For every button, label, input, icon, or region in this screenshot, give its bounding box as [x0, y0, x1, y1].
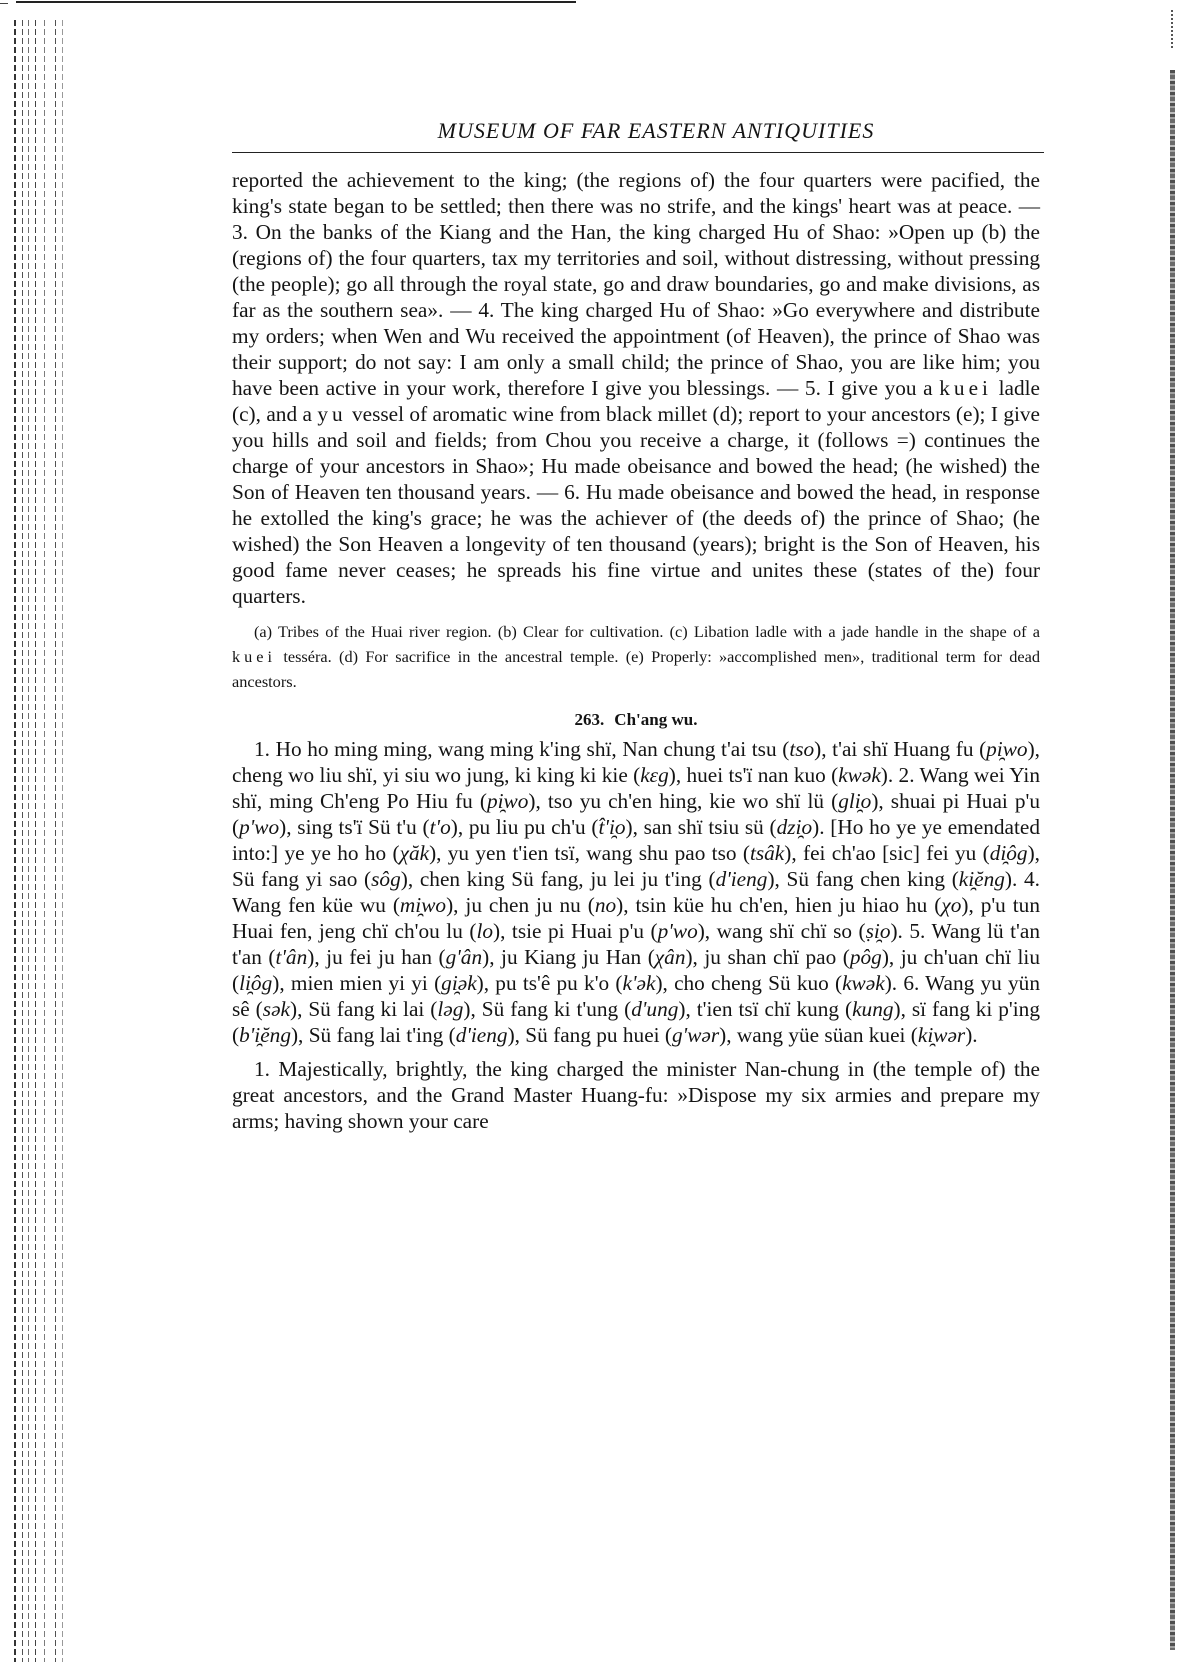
transliteration-text: ), t'ai shï Huang fu (	[814, 737, 986, 761]
scan-top-edge-mark	[0, 3, 8, 4]
translation-continued: reported the achievement to the king; (t…	[232, 167, 1040, 609]
archaic-reading: g'wər	[672, 1023, 719, 1047]
archaic-reading: b'i̯ĕng	[239, 1023, 291, 1047]
transliteration-text: ), chen king Sü fang, ju lei ju t'ing (	[401, 867, 716, 891]
archaic-reading: sək	[263, 997, 290, 1021]
term-kuei: kuei	[232, 647, 276, 666]
archaic-reading: p'wo	[239, 815, 279, 839]
archaic-reading: ṣi̯o	[866, 919, 891, 943]
translation-paragraph: 1. Majestically, brightly, the king char…	[232, 1056, 1040, 1134]
transliteration-text: ), mien mien yi yi (	[272, 971, 441, 995]
archaic-reading: t'ân	[275, 945, 307, 969]
transliteration-text: ), tsie pi Huai p'u (	[493, 919, 658, 943]
footnote-paragraph: (a) Tribes of the Huai river region. (b)…	[232, 619, 1040, 694]
transliteration-text: ), Sü fang pu huei (	[508, 1023, 672, 1047]
book-page: MUSEUM OF FAR EASTERN ANTIQUITIES report…	[232, 114, 1040, 1134]
transliteration-text: 1. Ho ho ming ming, wang ming k'ing shï,…	[254, 737, 789, 761]
transliteration-text: ), Sü fang lai t'ing (	[291, 1023, 456, 1047]
archaic-reading: t̂'i̯o	[599, 815, 626, 839]
section-title: Ch'ang wu.	[614, 710, 697, 729]
transliteration-text: ), ju Kiang ju Han (	[482, 945, 655, 969]
transliteration-text: ), Sü fang chen king (	[767, 867, 958, 891]
term-yu: yu	[317, 402, 346, 426]
transliteration: 1. Ho ho ming ming, wang ming k'ing shï,…	[232, 736, 1040, 1048]
term-kuei: kuei	[939, 376, 992, 400]
transliteration-text: ), cho cheng Sü kuo (	[655, 971, 842, 995]
archaic-reading: ki̯ĕng	[959, 867, 1005, 891]
transliteration-text: ), huei ts'ï nan kuo (	[669, 763, 838, 787]
archaic-reading: kwək	[842, 971, 885, 995]
transliteration-text: ), sing ts'ï Sü t'u (	[279, 815, 429, 839]
archaic-reading: tsâk	[750, 841, 784, 865]
archaic-reading: gli̯o	[838, 789, 871, 813]
archaic-reading: gi̯ək	[441, 971, 476, 995]
scan-top-edge	[16, 1, 576, 3]
archaic-reading: lo	[476, 919, 493, 943]
archaic-reading: kwək	[838, 763, 881, 787]
archaic-reading: χân	[655, 945, 686, 969]
section-heading: 263.Ch'ang wu.	[232, 710, 1040, 730]
archaic-reading: ləg	[437, 997, 463, 1021]
scan-binding-edge	[0, 20, 70, 1662]
archaic-reading: pi̯wo	[986, 737, 1027, 761]
archaic-reading: χăk	[400, 841, 429, 865]
archaic-reading: t'o	[430, 815, 451, 839]
transliteration-text: ), ju fei ju han (	[307, 945, 445, 969]
archaic-reading: li̯ôg	[239, 971, 272, 995]
section-number: 263.	[575, 710, 605, 729]
transliteration-text: ), pu ts'ê pu k'o (	[477, 971, 623, 995]
transliteration-text: ), ju shan chï pao (	[685, 945, 849, 969]
transliteration-text: ), ju chen ju nu (	[446, 893, 595, 917]
translation-paragraph: reported the achievement to the king; (t…	[232, 167, 1040, 609]
archaic-reading: pôg	[850, 945, 882, 969]
transliteration-text: ).	[965, 1023, 977, 1047]
transliteration-paragraph: 1. Ho ho ming ming, wang ming k'ing shï,…	[232, 736, 1040, 1048]
archaic-reading: dzi̯o	[777, 815, 813, 839]
transliteration-text: ), t'ien tsï chï kung (	[678, 997, 852, 1021]
archaic-reading: mi̯wo	[400, 893, 446, 917]
transliteration-text: ), yu yen t'ien tsï, wang shu pao tso (	[429, 841, 750, 865]
archaic-reading: tso	[789, 737, 814, 761]
archaic-reading: p'wo	[658, 919, 698, 943]
translation-start: 1. Majestically, brightly, the king char…	[232, 1056, 1040, 1134]
archaic-reading: d'ieng	[716, 867, 768, 891]
transliteration-text: ), tsin küe hu ch'en, hien ju hiao hu (	[616, 893, 941, 917]
running-head: MUSEUM OF FAR EASTERN ANTIQUITIES	[232, 114, 1040, 148]
footnotes: (a) Tribes of the Huai river region. (b)…	[232, 619, 1040, 694]
archaic-reading: pi̯wo	[487, 789, 528, 813]
transliteration-text: ), Sü fang ki t'ung (	[463, 997, 631, 1021]
transliteration-text: ), wang yüe süan kuei (	[719, 1023, 918, 1047]
transliteration-text: ), san shï tsiu sü (	[626, 815, 777, 839]
archaic-reading: di̯ôg	[990, 841, 1028, 865]
archaic-reading: kɛg	[640, 763, 669, 787]
scan-right-edge	[1170, 70, 1175, 1650]
head-rule	[232, 152, 1044, 153]
transliteration-text: ), tso yu ch'en hing, kie wo shï lü (	[528, 789, 838, 813]
transliteration-text: ), Sü fang ki lai (	[290, 997, 437, 1021]
archaic-reading: g'ân	[446, 945, 483, 969]
archaic-reading: d'ieng	[456, 1023, 508, 1047]
archaic-reading: no	[595, 893, 616, 917]
transliteration-text: ), pu liu pu ch'u (	[451, 815, 599, 839]
archaic-reading: kung	[852, 997, 893, 1021]
archaic-reading: d'ung	[631, 997, 678, 1021]
archaic-reading: ki̯wər	[918, 1023, 965, 1047]
transliteration-text: ), fei ch'ao [sic] fei yu (	[784, 841, 989, 865]
archaic-reading: sôg	[371, 867, 401, 891]
transliteration-text: ), wang shï chï so (	[698, 919, 866, 943]
archaic-reading: k'ək	[623, 971, 656, 995]
scan-right-edge-top	[1171, 10, 1173, 50]
archaic-reading: χo	[941, 893, 961, 917]
